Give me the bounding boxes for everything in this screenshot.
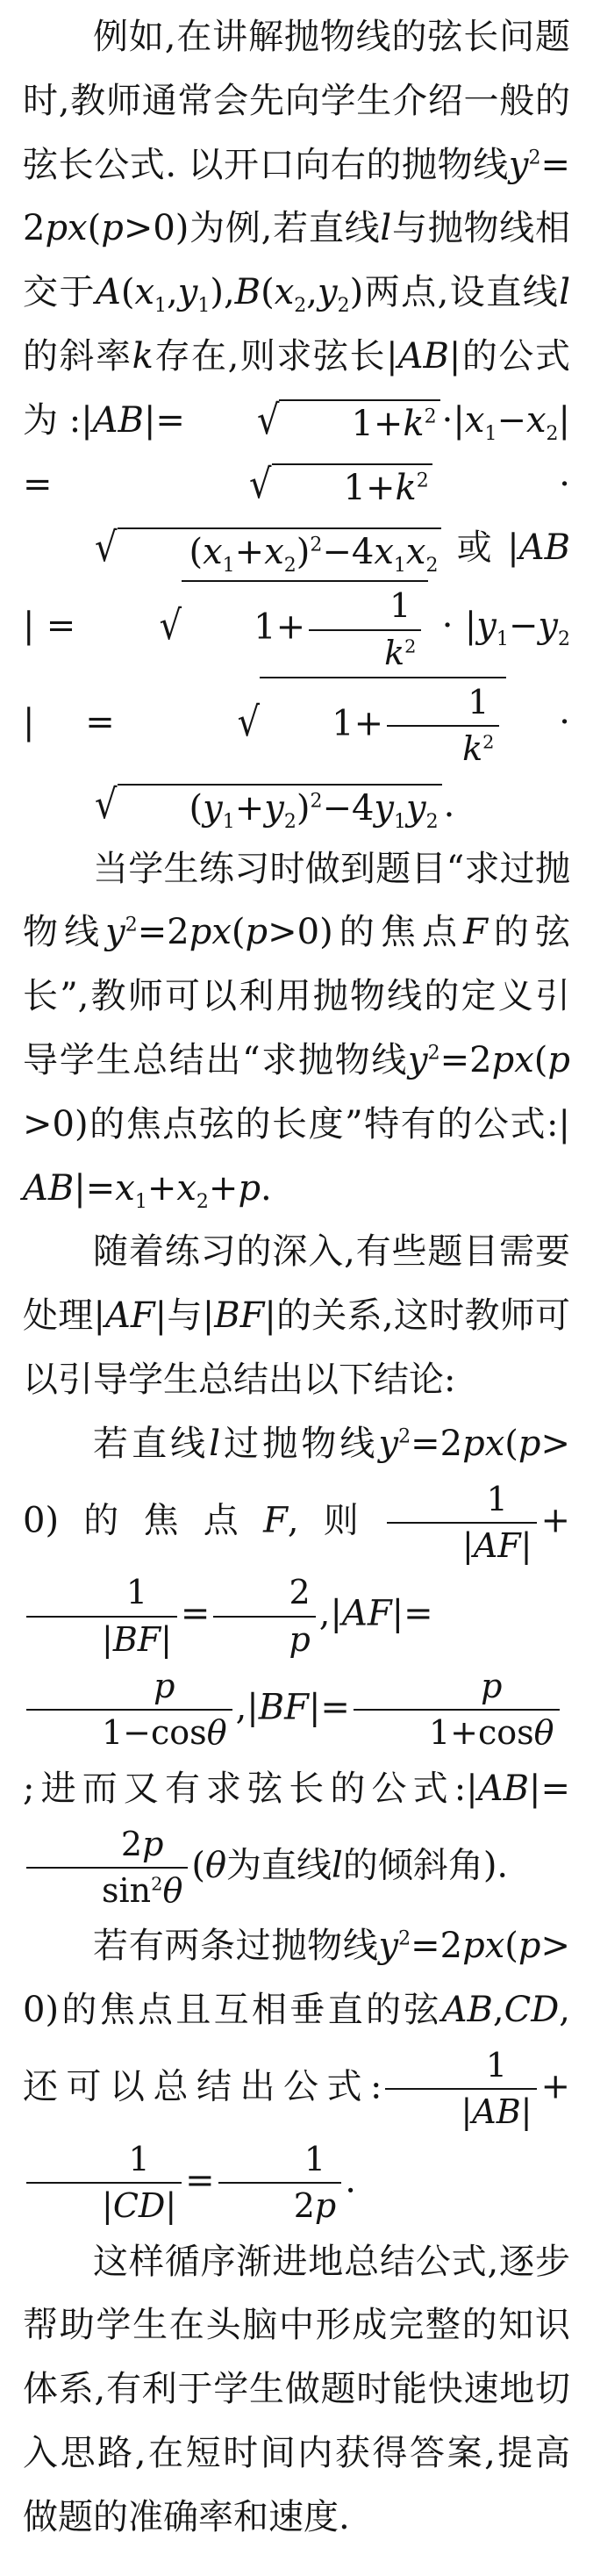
paragraph-general-chord-formula: 例如,在讲解抛物线的弦长问题时,教师通常会先向学生介绍一般的弦长公式. 以开口向… [23,5,570,837]
fraction: p1−cosθ [26,1665,232,1755]
paragraph-af-bf-relation-intro: 随着练习的深入,有些题目需要处理|AF|与|BF|的关系,这时教师可以引导学生总… [23,1220,570,1411]
fraction: 2p [213,1571,315,1661]
fraction: 1k2 [387,681,499,771]
sqrt-radical: √(x1+x2)2−4x1x2 [25,527,441,574]
document-page: 例如,在讲解抛物线的弦长问题时,教师通常会先向学生介绍一般的弦长公式. 以开口向… [0,0,593,2576]
sqrt-radical: √1+1k2 [89,580,429,677]
fraction: 1|AB| [385,2044,537,2135]
fraction: 2psin2θ [26,1823,188,1913]
sqrt-radical: √1+k2 [179,463,432,510]
fraction: 1|BF| [26,1571,177,1661]
paragraph-focal-chord-formula: 当学生练习时做到题目“求过抛物线y2=2px(p>0)的焦点F的弦长”,教师可以… [23,837,570,1221]
paragraph-perpendicular-chords-formula: 若有两条过抛物线y2=2px(p>0)的焦点且互相垂直的弦AB,CD,还可以总结… [23,1914,570,2229]
sqrt-radical: √(y1+y2)2−4y1y2 [25,784,442,830]
sqrt-radical: √1+1k2 [168,677,507,773]
sqrt-radical: √1+k2 [187,399,440,446]
fraction: p1+cosθ [354,1665,560,1755]
fraction: 1|CD| [26,2138,182,2228]
fraction: 1k2 [309,585,421,675]
paragraph-focal-radius-formulas: 若直线l过抛物线y2=2px(p>0)的焦点F,则1|AF|+1|BF|=2p,… [23,1412,570,1915]
fraction: 1|AF| [387,1478,537,1568]
paragraph-conclusion: 这样循序渐进地总结公式,逐步帮助学生在头脑中形成完整的知识体系,有利于学生做题时… [23,2230,570,2550]
fraction: 12p [218,2138,342,2228]
